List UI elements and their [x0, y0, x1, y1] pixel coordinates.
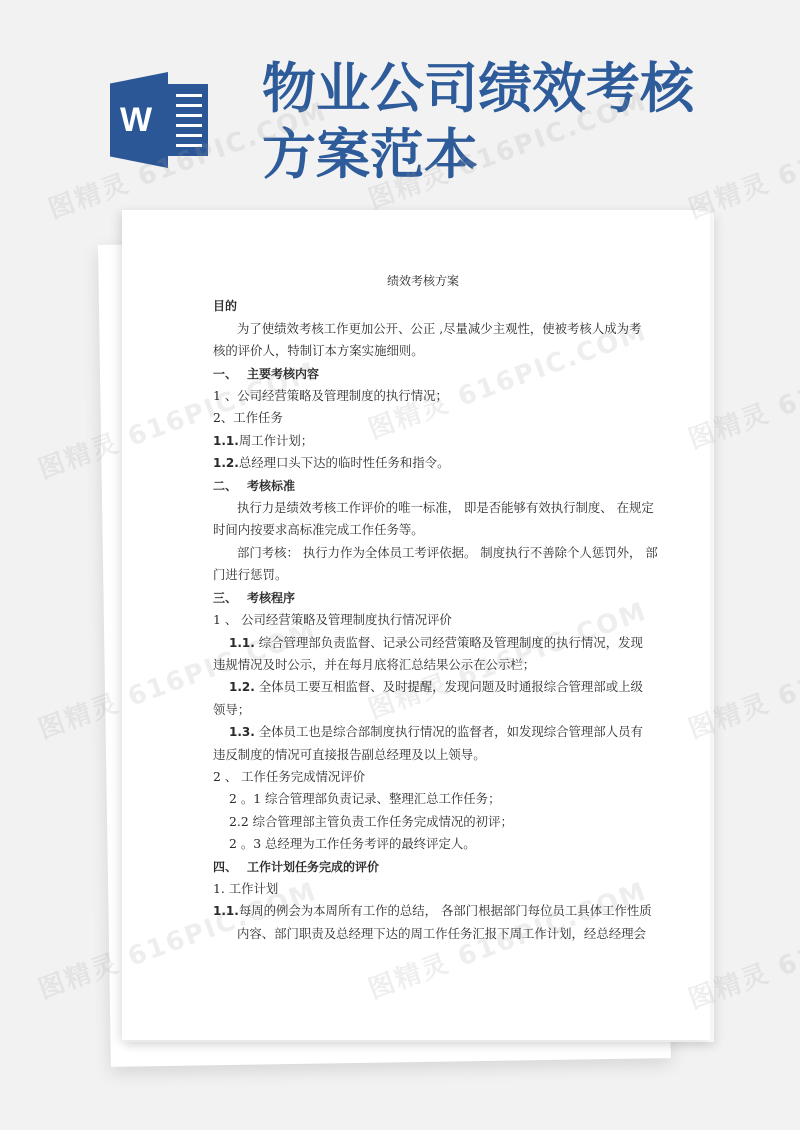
section-3-sub-1-3-line-2: 违反制度的情况可直接报告副总经理及以上领导。	[213, 744, 633, 766]
section-4-sub-1: 1. 工作计划	[213, 878, 633, 900]
page-title-line-1: 物业公司绩效考核	[262, 55, 702, 121]
section-3-sub-2-1: 2 。1 综合管理部负责记录、整理汇总工作任务；	[213, 788, 633, 810]
section-1-item-2-2: 1.2.总经理口头下达的临时性任务和指令。	[213, 452, 633, 474]
section-3-sub-1-1-line-2: 违规情况及时公示，并在每月底将汇总结果公示在公示栏；	[213, 654, 633, 676]
page-title: 物业公司绩效考核 方案范本	[262, 55, 702, 187]
section-2-para-2-line-2: 门进行惩罚。	[213, 564, 633, 586]
section-2-para-2-line-1: 部门考核： 执行力作为全体员工考评依据。 制度执行不善除个人惩罚外， 部	[213, 542, 633, 564]
purpose-heading: 目的	[213, 295, 633, 317]
section-3-title: 考核程序	[247, 591, 295, 605]
section-3-sub-2-3: 2 。3 总经理为工作任务考评的最终评定人。	[213, 833, 633, 855]
word-document-icon: W	[110, 72, 210, 168]
section-2-title: 考核标准	[247, 479, 295, 493]
section-2-heading: 二、考核标准	[213, 475, 633, 497]
purpose-text-line-2: 核的评价人，特制订本方案实施细则。	[213, 340, 633, 362]
section-4-heading: 四、工作计划任务完成的评价	[213, 856, 633, 878]
section-3-sub-1-1-line-1: 1.1. 综合管理部负责监督、记录公司经营策略及管理制度的执行情况，发现	[213, 632, 633, 654]
section-3-sub-1-3-line-1: 1.3. 全体员工也是综合部制度执行情况的监督者，如发现综合管理部人员有	[213, 721, 633, 743]
word-icon-letter: W	[120, 100, 152, 140]
section-3-sub-1: 1 、 公司经营策略及管理制度执行情况评价	[213, 609, 633, 631]
word-icon-lines	[168, 84, 208, 156]
section-1-number: 一、	[213, 367, 237, 381]
section-3-number: 三、	[213, 591, 237, 605]
section-4-sub-1-1-line-1: 1.1.每周的例会为本周所有工作的总结， 各部门根据部门每位员工具体工作性质	[213, 900, 633, 922]
section-1-item-1: 1 、公司经营策略及管理制度的执行情况；	[213, 385, 633, 407]
section-2-para-1-line-2: 时间内按要求高标准完成工作任务等。	[213, 519, 633, 541]
section-4-title: 工作计划任务完成的评价	[247, 860, 379, 874]
section-3-sub-2: 2 、 工作任务完成情况评价	[213, 766, 633, 788]
page-title-line-2: 方案范本	[262, 121, 702, 187]
section-2-para-1-line-1: 执行力是绩效考核工作评价的唯一标准， 即是否能够有效执行制度、 在规定	[213, 497, 633, 519]
word-icon-cover: W	[110, 72, 168, 168]
section-1-title: 主要考核内容	[247, 367, 319, 381]
section-4-number: 四、	[213, 860, 237, 874]
section-1-item-2-1: 1.1.周工作计划；	[213, 430, 633, 452]
section-3-sub-1-2-line-2: 领导；	[213, 699, 633, 721]
section-1-heading: 一、主要考核内容	[213, 363, 633, 385]
purpose-text-line-1: 为了使绩效考核工作更加公开、公正 ,尽量减少主观性，使被考核人成为考	[213, 318, 633, 340]
section-1-item-2: 2、工作任务	[213, 407, 633, 429]
document-title: 绩效考核方案	[213, 270, 633, 292]
section-3-heading: 三、考核程序	[213, 587, 633, 609]
section-4-sub-1-1-line-2: 内容、部门职责及总经理下达的周工作任务汇报下周工作计划，经总经理会	[213, 923, 633, 945]
section-3-sub-1-2-line-1: 1.2. 全体员工要互相监督、及时提醒，发现问题及时通报综合管理部或上级	[213, 676, 633, 698]
section-2-number: 二、	[213, 479, 237, 493]
document-body: 绩效考核方案 目的 为了使绩效考核工作更加公开、公正 ,尽量减少主观性，使被考核…	[213, 270, 633, 945]
section-3-sub-2-2: 2.2 综合管理部主管负责工作任务完成情况的初评；	[213, 811, 633, 833]
